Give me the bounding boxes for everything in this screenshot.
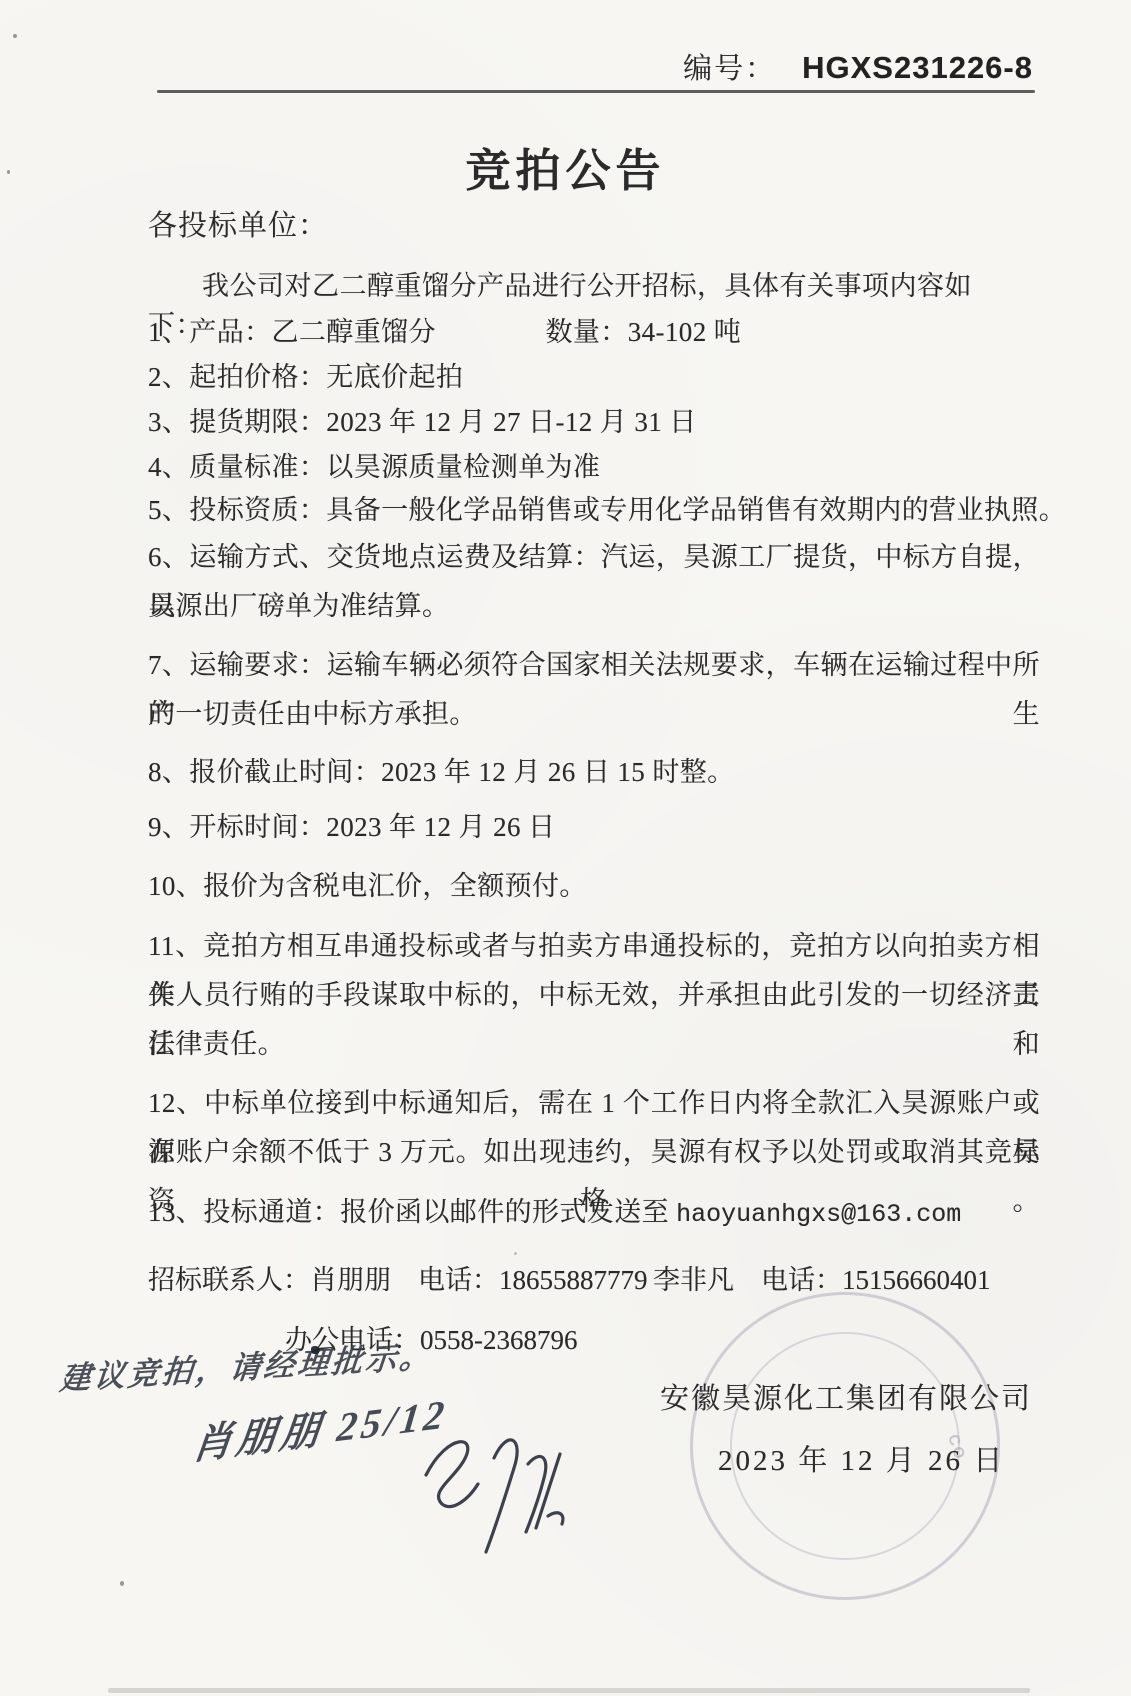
signature-scribble xyxy=(408,1420,588,1570)
item-line: 7、运输要求：运输车辆必须符合国家相关法规要求，车辆在运输过程中所产生 xyxy=(148,641,1040,690)
item-line: 9、开标时间：2023 年 12 月 26 日 xyxy=(148,803,1040,852)
phone-label-1: 电话： xyxy=(418,1265,499,1295)
item-line: 源账户余额不低于 3 万元。如出现违约，昊源有权予以处罚或取消其竞标资格。 xyxy=(148,1128,1040,1177)
item-line: 作人员行贿的手段谋取中标的，中标无效，并承担由此引发的一切经济责任和 xyxy=(148,971,1040,1020)
list-item: 7、运输要求：运输车辆必须符合国家相关法规要求，车辆在运输过程中所产生 的一切责… xyxy=(148,641,1040,739)
item-line: 6、运输方式、交货地点运费及结算：汽运，昊源工厂提货，中标方自提，以 xyxy=(148,533,1040,582)
scan-speck xyxy=(13,34,17,38)
scan-speck xyxy=(7,170,10,174)
item-line: 1、产品：乙二醇重馏分 数量：34-102 吨 xyxy=(148,308,1040,357)
bid-email: haoyuanhgxs@163.com xyxy=(676,1200,961,1229)
handwritten-signature-2 xyxy=(408,1420,588,1570)
handwritten-note: 建议竞拍，请经理批示。 xyxy=(58,1330,436,1398)
scan-speck xyxy=(120,1581,124,1586)
contact-row: 招标联系人：肖朋朋 电话：18655887779 李非凡 电话：15156660… xyxy=(148,1258,1026,1297)
issue-date: 2023 年 12 月 26 日 xyxy=(718,1438,1005,1479)
contact-name-1: 肖朋朋 xyxy=(310,1265,391,1295)
list-item: 4、质量标准：以昊源质量检测单为准 xyxy=(148,443,1040,492)
list-item: 10、报价为含税电汇价，全额预付。 xyxy=(148,862,1040,911)
list-item: 12、中标单位接到中标通知后，需在 1 个工作日内将全款汇入昊源账户或在昊 源账… xyxy=(148,1079,1040,1177)
item-line: 昊源出厂磅单为准结算。 xyxy=(148,582,1040,631)
contact-group-2: 李非凡 电话：15156660401 xyxy=(653,1258,991,1297)
ref-label: 编号： xyxy=(683,53,776,85)
ref-number: HGXS231226-8 xyxy=(802,50,1033,85)
list-item: 8、报价截止时间：2023 年 12 月 26 日 15 时整。 xyxy=(148,748,1040,797)
item-line: 10、报价为含税电汇价，全额预付。 xyxy=(148,862,1040,911)
item-line: 12、中标单位接到中标通知后，需在 1 个工作日内将全款汇入昊源账户或在昊 xyxy=(148,1079,1040,1128)
item-line: 11、竞拍方相互串通投标或者与拍卖方串通投标的，竞拍方以向拍卖方相关工 xyxy=(148,922,1040,971)
item-line: 13、投标通道：报价函以邮件的形式发送至 haoyuanhgxs@163.com xyxy=(148,1188,1040,1237)
list-item: 5、投标资质：具备一般化学品销售或专用化学品销售有效期内的营业执照。 xyxy=(148,486,1040,535)
ink-dot xyxy=(311,1346,320,1354)
list-item: 11、竞拍方相互串通投标或者与拍卖方串通投标的，竞拍方以向拍卖方相关工 作人员行… xyxy=(148,922,1040,1069)
list-item: 9、开标时间：2023 年 12 月 26 日 xyxy=(148,803,1040,852)
contact-name-2: 李非凡 xyxy=(653,1265,734,1295)
list-item: 6、运输方式、交货地点运费及结算：汽运，昊源工厂提货，中标方自提，以 昊源出厂磅… xyxy=(148,533,1040,631)
salutation: 各投标单位： xyxy=(148,203,328,244)
item-line: 8、报价截止时间：2023 年 12 月 26 日 15 时整。 xyxy=(148,748,1040,797)
item-line: 5、投标资质：具备一般化学品销售或专用化学品销售有效期内的营业执照。 xyxy=(148,486,1040,535)
item13-prefix: 13、投标通道：报价函以邮件的形式发送至 xyxy=(148,1197,676,1227)
scan-bottom-edge xyxy=(108,1688,1030,1693)
contact-phone-1: 18655887779 xyxy=(499,1265,648,1295)
list-item: 3、提货期限：2023 年 12 月 27 日-12 月 31 日 xyxy=(148,398,1040,447)
doc-ref-row: 编号：HGXS231226-8 xyxy=(683,46,1033,87)
contact-label: 招标联系人： xyxy=(148,1265,310,1295)
item-line: 2、起拍价格：无底价起拍 xyxy=(148,353,1040,402)
company-name: 安徽昊源化工集团有限公司 xyxy=(660,1376,1032,1417)
list-item: 1、产品：乙二醇重馏分 数量：34-102 吨 xyxy=(148,308,1040,357)
item-line: 3、提货期限：2023 年 12 月 27 日-12 月 31 日 xyxy=(148,398,1040,447)
item-line: 4、质量标准：以昊源质量检测单为准 xyxy=(148,443,1040,492)
scanned-document-page: 编号：HGXS231226-8 竞拍公告 各投标单位： 我公司对乙二醇重馏分产品… xyxy=(0,0,1131,1696)
scan-speck xyxy=(514,1252,517,1255)
contact-phone-2: 15156660401 xyxy=(842,1265,991,1295)
list-item: 13、投标通道：报价函以邮件的形式发送至 haoyuanhgxs@163.com xyxy=(148,1188,1040,1237)
header-rule xyxy=(157,90,1035,93)
page-title: 竞拍公告 xyxy=(0,134,1131,199)
list-item: 2、起拍价格：无底价起拍 xyxy=(148,353,1040,402)
phone-label-2: 电话： xyxy=(761,1265,842,1295)
